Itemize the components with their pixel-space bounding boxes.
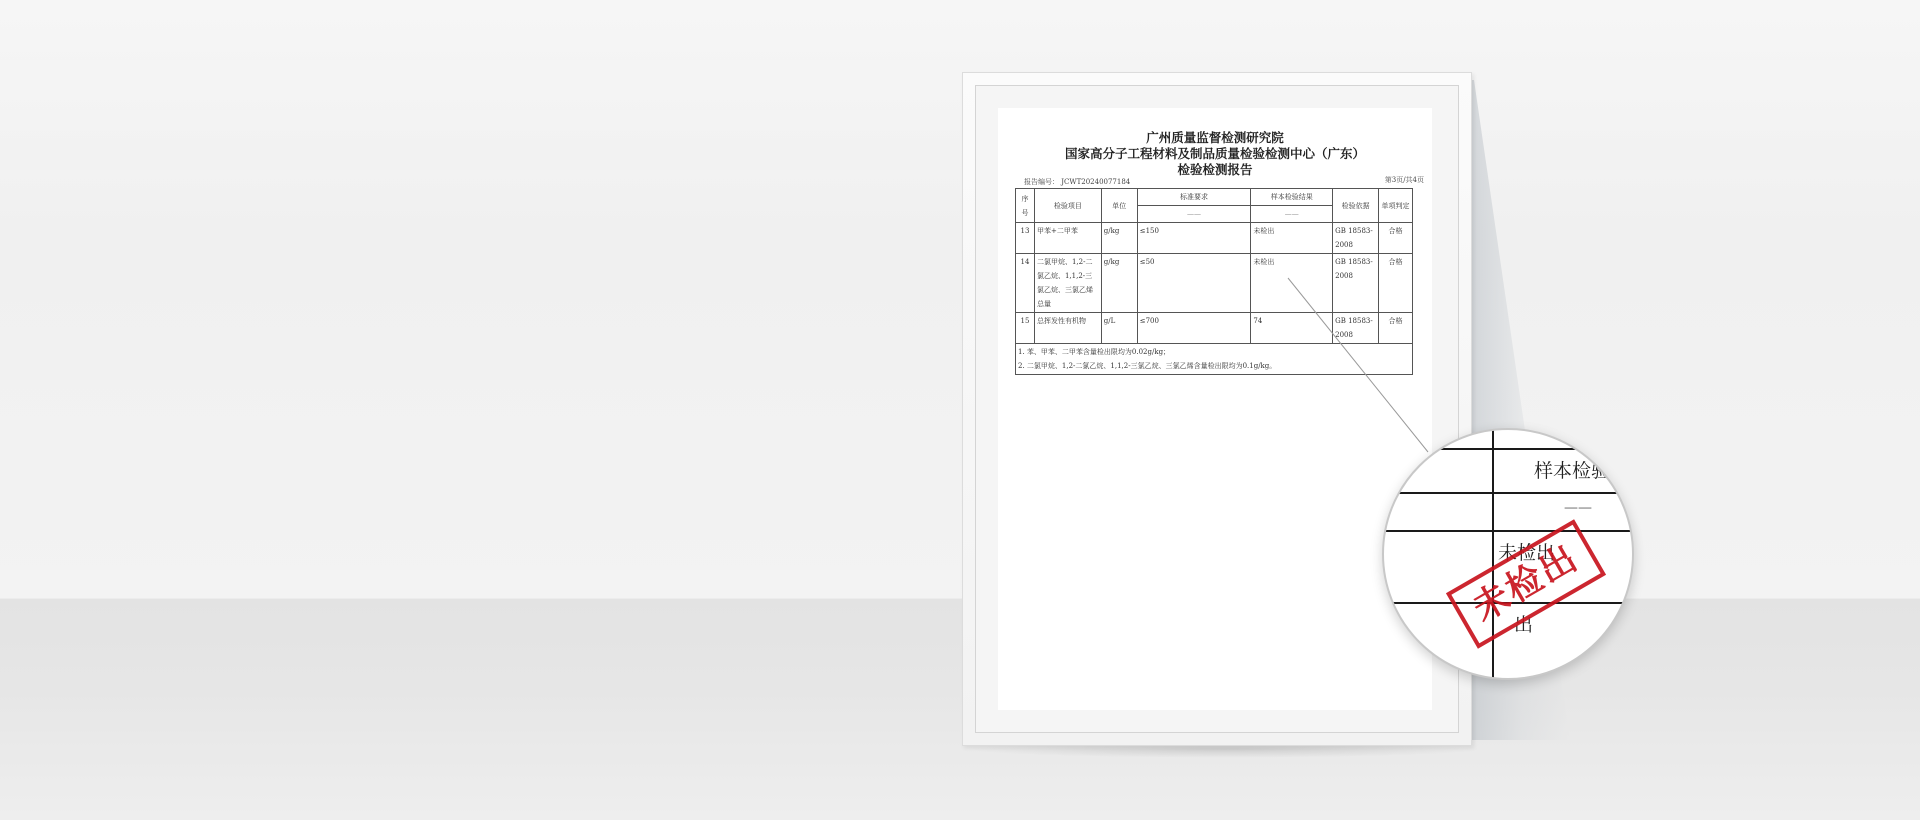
row-standard: ≤700 (1137, 313, 1251, 344)
background-wall (0, 0, 1920, 598)
magnifier-callout: 样本检验 —— 未检出 出 未检出 (1382, 428, 1634, 680)
table-row: 13 甲苯+二甲苯 g/kg ≤150 未检出 GB 18583-2008 合格 (1016, 223, 1413, 254)
note-2: 2. 二氯甲烷、1,2-二氯乙烷、1,1,2-三氯乙烷、三氯乙烯含量检出限均为0… (1018, 359, 1410, 373)
header-basis: 检验依据 (1333, 189, 1379, 223)
row-unit: g/kg (1101, 223, 1137, 254)
header-index: 序号 (1016, 189, 1035, 223)
header-verdict: 单项判定 (1379, 189, 1413, 223)
mag-table-line (1384, 530, 1632, 532)
row-unit: g/L (1101, 313, 1137, 344)
row-result: 未检出 (1251, 254, 1333, 313)
header-item: 检验项目 (1034, 189, 1101, 223)
table-header-row: 序号 检验项目 单位 标准要求 样本检验结果 检验依据 单项判定 (1016, 189, 1413, 206)
row-result: 74 (1251, 313, 1333, 344)
row-item: 二氯甲烷、1,2-二氯乙烷、1,1,2-三氯乙烷、三氯乙烯总量 (1034, 254, 1101, 313)
row-standard: ≤150 (1137, 223, 1251, 254)
row-unit: g/kg (1101, 254, 1137, 313)
report-title: 检验检测报告 (998, 162, 1432, 178)
row-item: 总挥发性有机物 (1034, 313, 1101, 344)
mag-dash: —— (1564, 500, 1592, 516)
mag-header-text: 样本检验 (1534, 456, 1610, 483)
row-verdict: 合格 (1379, 223, 1413, 254)
row-item: 甲苯+二甲苯 (1034, 223, 1101, 254)
table-notes: 1. 苯、甲苯、二甲苯含量检出限均为0.02g/kg； 2. 二氯甲烷、1,2-… (1016, 344, 1413, 375)
note-1: 1. 苯、甲苯、二甲苯含量检出限均为0.02g/kg； (1018, 345, 1410, 359)
row-index: 15 (1016, 313, 1035, 344)
header-standard: 标准要求 (1137, 189, 1251, 206)
row-result: 未检出 (1251, 223, 1333, 254)
row-standard: ≤50 (1137, 254, 1251, 313)
row-verdict: 合格 (1379, 254, 1413, 313)
result-subheader: —— (1251, 206, 1333, 223)
table-notes-row: 1. 苯、甲苯、二甲苯含量检出限均为0.02g/kg； 2. 二氯甲烷、1,2-… (1016, 344, 1413, 375)
mag-table-line (1492, 430, 1494, 678)
row-basis: GB 18583-2008 (1333, 254, 1379, 313)
row-verdict: 合格 (1379, 313, 1413, 344)
center-name: 国家高分子工程材料及制品质量检验检测中心（广东） (998, 146, 1432, 162)
header-unit: 单位 (1101, 189, 1137, 223)
institute-name: 广州质量监督检测研究院 (998, 130, 1432, 146)
row-index: 13 (1016, 223, 1035, 254)
results-table: 序号 检验项目 单位 标准要求 样本检验结果 检验依据 单项判定 —— —— 1… (1015, 188, 1413, 375)
row-index: 14 (1016, 254, 1035, 313)
row-basis: GB 18583-2008 (1333, 223, 1379, 254)
row-basis: GB 18583-2008 (1333, 313, 1379, 344)
header-result: 样本检验结果 (1251, 189, 1333, 206)
standard-subheader: —— (1137, 206, 1251, 223)
table-row: 15 总挥发性有机物 g/L ≤700 74 GB 18583-2008 合格 (1016, 313, 1413, 344)
report-number: 报告编号： JCWT20240077184 (1024, 177, 1130, 187)
report-number-label: 报告编号： (1024, 178, 1059, 186)
table-row: 14 二氯甲烷、1,2-二氯乙烷、1,1,2-三氯乙烷、三氯乙烯总量 g/kg … (1016, 254, 1413, 313)
mag-table-line (1384, 492, 1632, 494)
report-number-value: JCWT20240077184 (1061, 178, 1130, 186)
background-floor (0, 598, 1920, 820)
test-report-document: 广州质量监督检测研究院 国家高分子工程材料及制品质量检验检测中心（广东） 检验检… (998, 108, 1432, 710)
mag-table-line (1384, 448, 1632, 450)
page-indicator: 第3页/共4页 (1385, 175, 1424, 185)
